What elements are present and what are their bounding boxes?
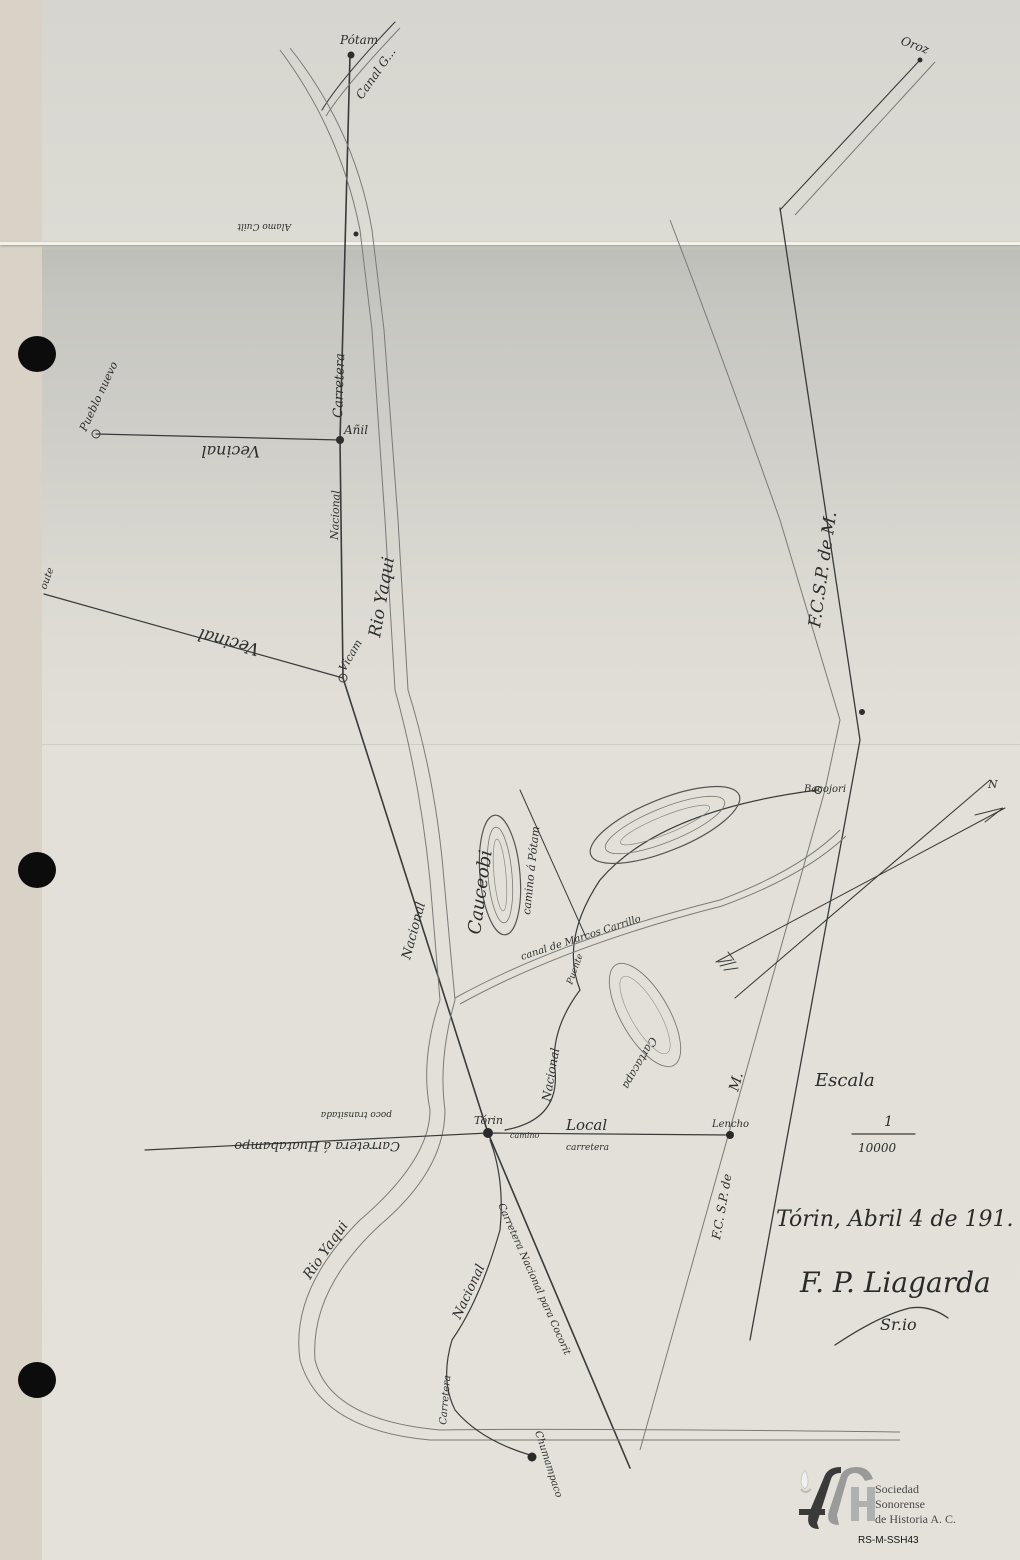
signature-rubric: Sr.io xyxy=(880,1315,917,1334)
oroz-line-2 xyxy=(795,62,935,215)
label-cartacapa: Cartacapa xyxy=(620,1035,660,1091)
label-vecinal-1: Vecinal xyxy=(201,442,260,461)
scale-numerator: 1 xyxy=(884,1114,893,1130)
label-rio-yaqui-lower: Rio Yaqui xyxy=(300,1218,352,1283)
signature-name: F. P. Liagarda xyxy=(799,1266,991,1299)
meridian-arrow-icon xyxy=(716,808,1005,962)
potam-marker xyxy=(348,52,355,59)
label-anil: Añil xyxy=(343,423,368,437)
label-camino: camino xyxy=(510,1131,540,1140)
railway-line xyxy=(750,208,860,1340)
archive-name-line3: de Historia A. C. xyxy=(875,1512,956,1527)
scale-denominator: 10000 xyxy=(858,1141,897,1155)
archive-name: Sociedad Sonorense de Historia A. C. xyxy=(875,1482,956,1527)
label-puente: Puente xyxy=(565,953,586,987)
label-carretera-lower: Carretera xyxy=(438,1375,453,1426)
label-oute: oute xyxy=(38,566,56,591)
archive-name-line1: Sociedad xyxy=(875,1482,956,1497)
archive-name-line2: Sonorense xyxy=(875,1497,956,1512)
lencho-marker xyxy=(726,1131,734,1139)
anil-marker xyxy=(336,436,344,444)
vecinal-road-2-line xyxy=(44,594,343,678)
label-camino-nacional: Nacional xyxy=(539,1047,562,1104)
north-arrow-icon xyxy=(735,780,990,998)
label-carretera-huatabampo: Carretera á Huatabampo xyxy=(234,1138,400,1153)
compass-north-label: N xyxy=(987,778,998,791)
map-sheet: Pótam Canal G... Oroz Alamo Cuilt Pueblo… xyxy=(0,0,1020,1560)
label-railway-lower: F.C. S.P. de xyxy=(709,1173,734,1242)
scale-title: Escala xyxy=(814,1070,875,1091)
label-potam: Pótam xyxy=(339,33,378,47)
label-torin: Tórin xyxy=(474,1114,503,1127)
label-local: Local xyxy=(565,1116,607,1134)
label-camino-potam: camino á Pótam xyxy=(520,826,542,916)
railway-oroz-line xyxy=(780,60,920,210)
vecinal-road-line xyxy=(96,434,340,440)
label-vicam: Vicam xyxy=(336,637,364,673)
archive-code: RS-M-SSH43 xyxy=(858,1535,919,1546)
label-railway-m: M. xyxy=(726,1071,747,1094)
chumampaco-marker xyxy=(528,1453,537,1462)
label-alamo: Alamo Cuilt xyxy=(237,221,292,231)
onteme-hill-icon xyxy=(581,771,749,879)
label-bacojori: Bacojori xyxy=(803,784,846,795)
torin-marker xyxy=(483,1128,493,1138)
map-drawing: Pótam Canal G... Oroz Alamo Cuilt Pueblo… xyxy=(0,0,1020,1560)
label-rio-yaqui-upper: Rio Yaqui xyxy=(365,555,399,639)
arrow-head-icon xyxy=(975,808,1003,822)
label-carretera-local: carretera xyxy=(566,1143,609,1153)
label-pueblo-nuevo: Pueblo nuevo xyxy=(77,359,121,434)
label-carretera: Carretera xyxy=(331,353,348,418)
label-railway-upper: F.C.S.P. de M. xyxy=(805,510,841,629)
carretera-nacional-line xyxy=(340,55,630,1468)
signature-place-date: Tórin, Abril 4 de 191. xyxy=(776,1207,1014,1232)
canal-marcos-line xyxy=(455,830,840,998)
arrow-feather-icon xyxy=(718,952,738,970)
label-nacional: Nacional xyxy=(328,490,343,542)
label-vecinal-2: Vecinal xyxy=(196,624,261,659)
label-nacional-lower: Nacional xyxy=(450,1262,489,1322)
label-lencho: Lencho xyxy=(711,1119,749,1130)
label-poco-transitada: poco transitada xyxy=(321,1109,392,1119)
label-oroz: Oroz xyxy=(899,34,932,57)
label-nacional-mid: Nacional xyxy=(399,900,429,962)
station-marker xyxy=(859,709,865,715)
local-road-line xyxy=(145,1133,730,1150)
oroz-marker xyxy=(918,58,923,63)
label-carretera-cocorit: Carretera Nacional para Cocorit xyxy=(495,1202,572,1358)
alamo-marker xyxy=(354,232,359,237)
